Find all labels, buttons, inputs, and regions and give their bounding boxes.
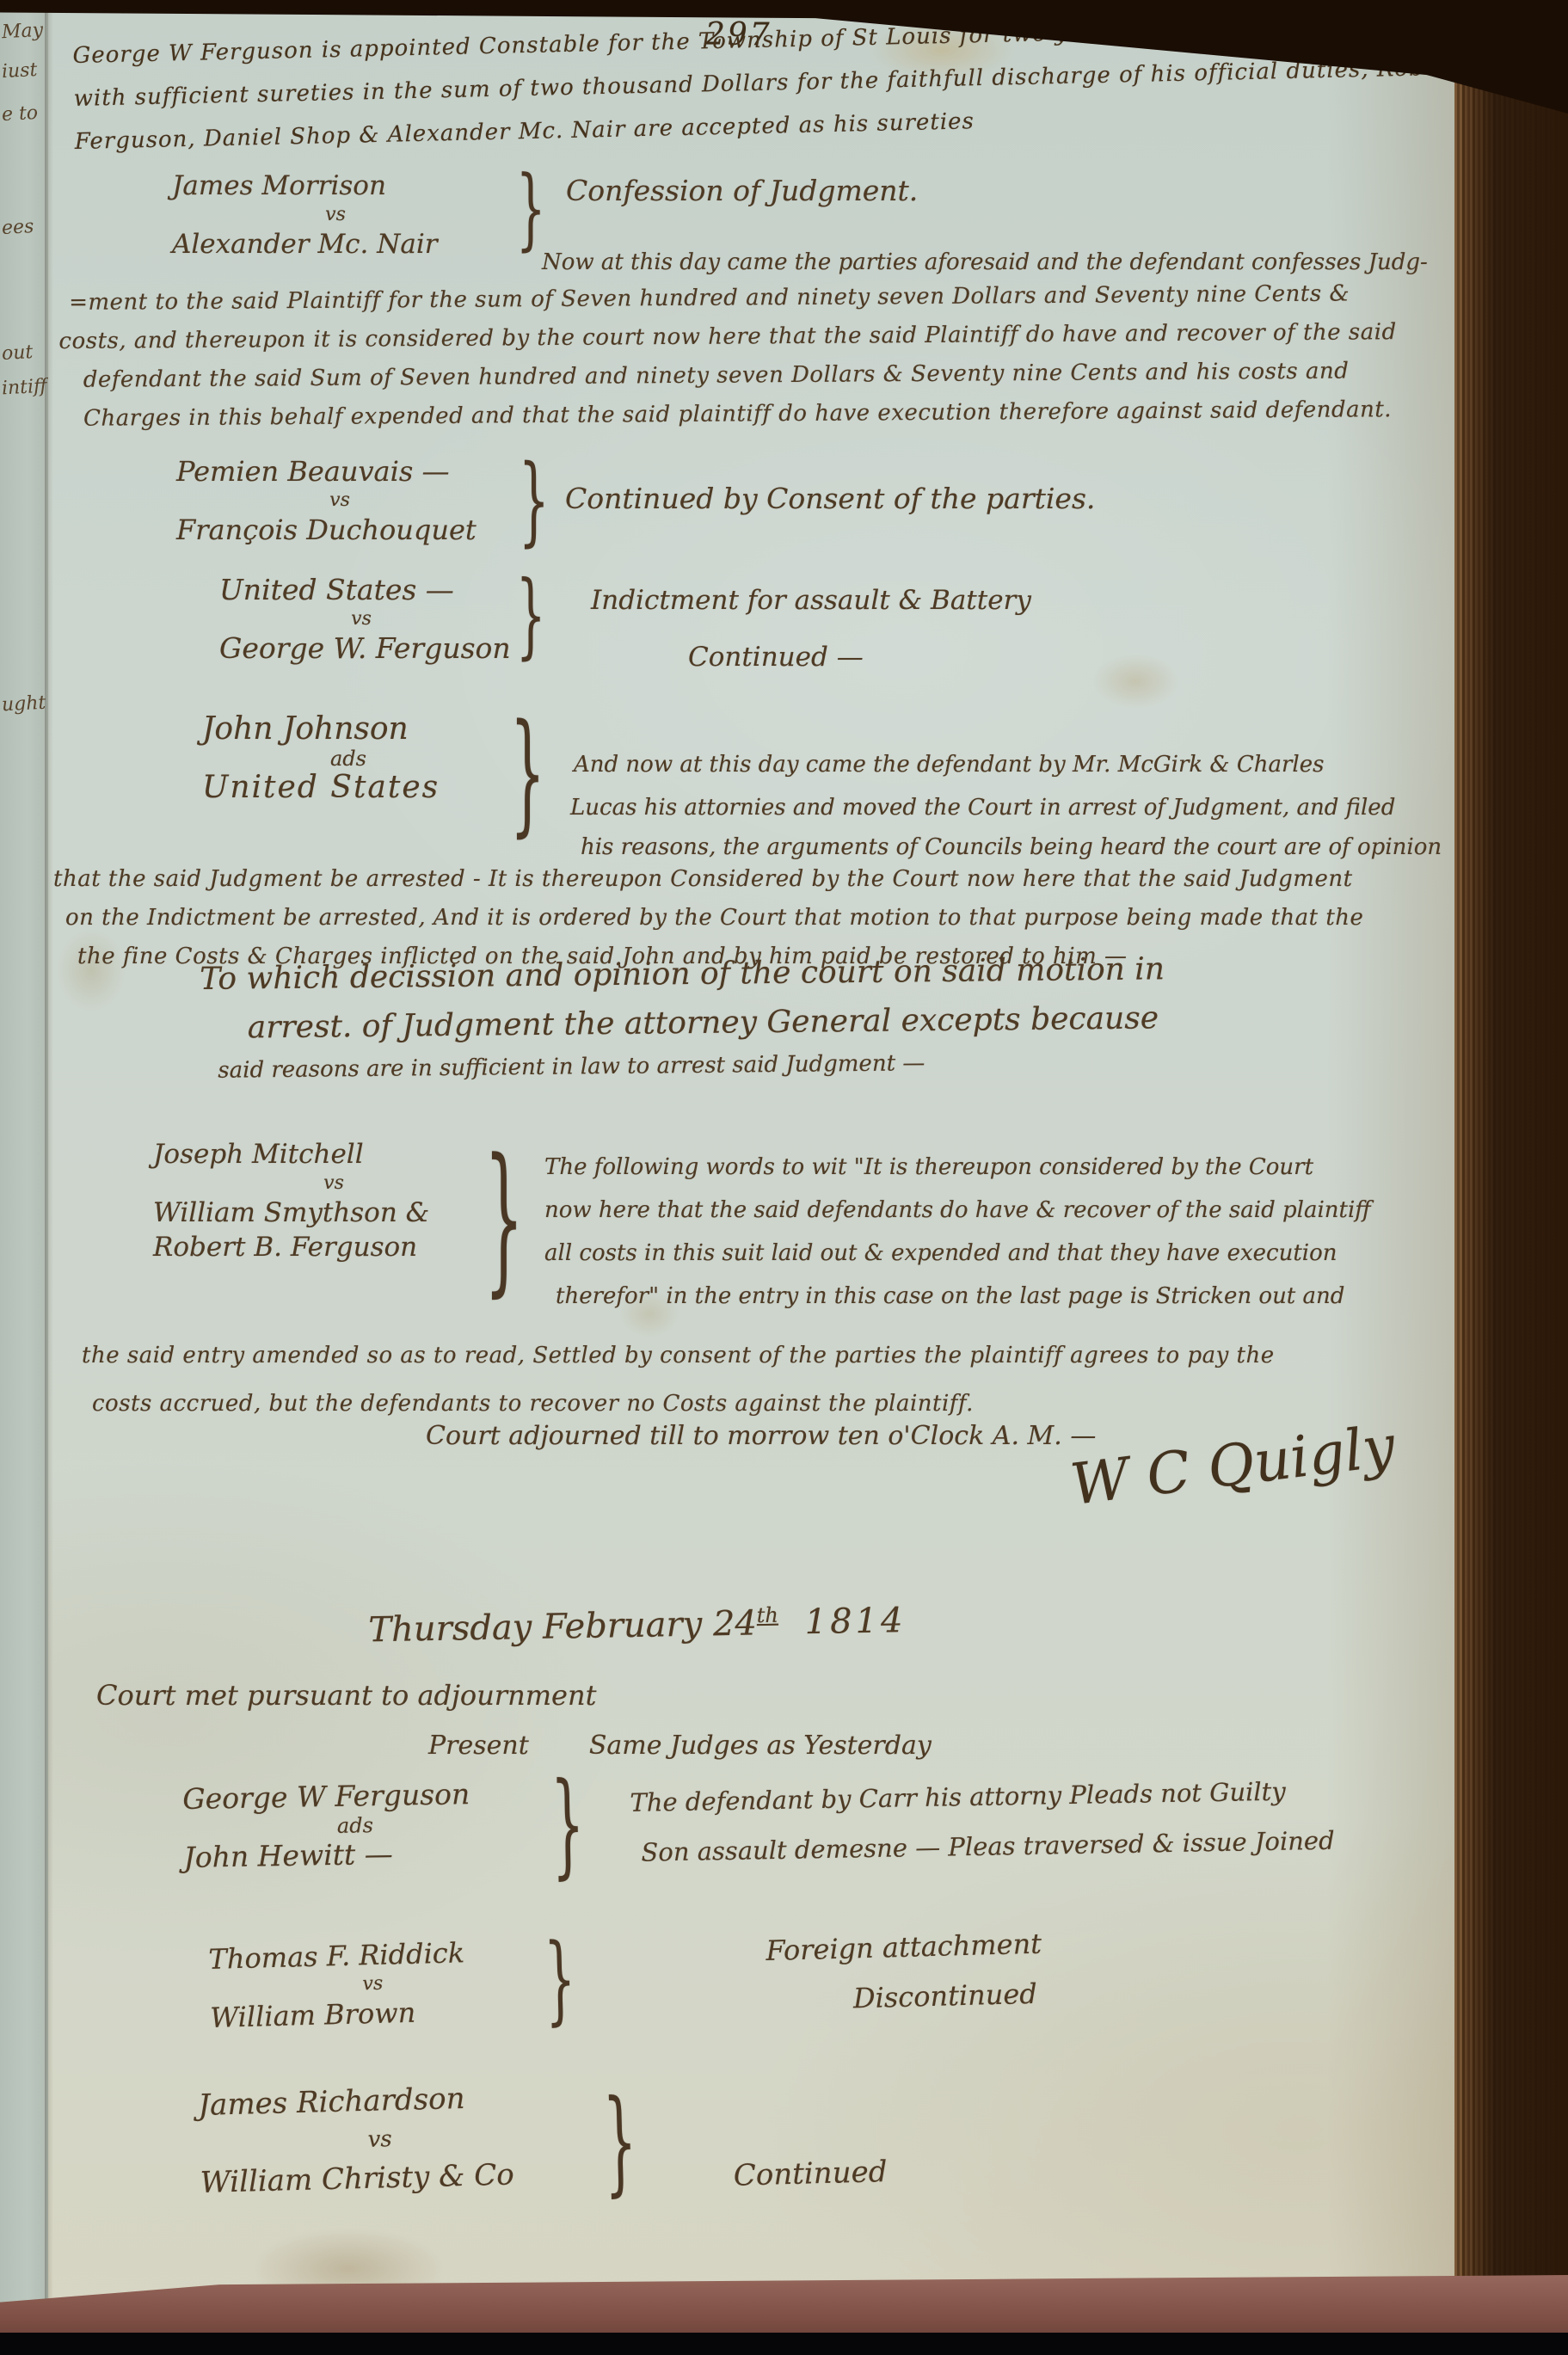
facing-page-edge: May iust e to ees out intiff ught bbox=[0, 0, 50, 2355]
margin-fragment: e to bbox=[1, 102, 38, 126]
body-line: Now at this day came the parties aforesa… bbox=[542, 249, 1428, 275]
defendant-name: François Duchouquet bbox=[176, 513, 503, 547]
body-line: Lucas his attornies and moved the Court … bbox=[570, 795, 1395, 821]
versus-label: vs bbox=[172, 203, 499, 227]
case-parties: James Morrison vs Alexander Mc. Nair bbox=[172, 169, 499, 261]
court-record-book-photo: May iust e to ees out intiff ught 297 Ge… bbox=[0, 0, 1568, 2355]
versus-label: ads bbox=[202, 747, 495, 771]
case-heading: Confession of Judgment. bbox=[566, 174, 918, 207]
case-parties: John Johnson ads United States bbox=[202, 712, 495, 805]
plaintiff-name: James Morrison bbox=[172, 169, 499, 203]
body-line: that the said Judgment be arrested - It … bbox=[53, 860, 1363, 899]
defendant-name: John Johnson bbox=[202, 712, 495, 747]
plaintiff-name: United States bbox=[202, 771, 495, 805]
defendant-name: George W. Ferguson bbox=[219, 631, 503, 666]
margin-fragment: intiff bbox=[1, 376, 47, 400]
case-parties: United States — vs George W. Ferguson bbox=[219, 573, 503, 666]
case-brace: } bbox=[602, 2086, 638, 2200]
case-parties: Thomas F. Riddick vs William Brown bbox=[208, 1934, 538, 2035]
plaintiff-name: Joseph Mitchell bbox=[153, 1137, 514, 1171]
present-judges: Same Judges as Yesterday bbox=[589, 1731, 932, 1761]
defendant-name: William Smythson & bbox=[153, 1196, 514, 1230]
case-brace: } bbox=[516, 165, 545, 254]
body-line: on the Indictment be arrested, And it is… bbox=[65, 899, 1363, 938]
case-parties: Pemien Beauvais — vs François Duchouquet bbox=[176, 454, 503, 547]
plaintiff-name: John Hewitt — bbox=[183, 1835, 528, 1875]
margin-fragment: out bbox=[1, 341, 34, 365]
case-morrison-continuation: =ment to the said Plaintiff for the sum … bbox=[58, 274, 1397, 439]
case-riddick-v-brown: Thomas F. Riddick vs William Brown } For… bbox=[208, 1934, 538, 2035]
body-line: arrest. of Judgment the attorney General… bbox=[248, 1000, 1165, 1045]
defendant-name: George W Ferguson bbox=[182, 1776, 527, 1817]
plaintiff-name: Pemien Beauvais — bbox=[176, 454, 503, 489]
case-disposition: Continued by Consent of the parties. bbox=[565, 482, 1095, 515]
margin-fragment: ees bbox=[1, 216, 34, 239]
session-date-ordinal: th bbox=[756, 1603, 778, 1627]
case-mitchell-continuation: the said entry amended so as to read, Se… bbox=[82, 1331, 1275, 1428]
case-brace: } bbox=[516, 569, 545, 662]
adjournment-line: Court adjourned till to morrow ten o'Clo… bbox=[426, 1421, 1096, 1451]
case-disposition: Continued — bbox=[688, 642, 864, 673]
exception-paragraph: To which decission and opinion of the co… bbox=[200, 951, 1165, 1084]
case-disposition: Continued bbox=[733, 2155, 888, 2193]
margin-fragment: ught bbox=[1, 692, 46, 716]
book-fore-edge bbox=[1454, 0, 1568, 2355]
page-gutter-crease bbox=[45, 0, 53, 2355]
present-line: PresentSame Judges as Yesterday bbox=[428, 1731, 932, 1761]
plaintiff-name: United States — bbox=[219, 573, 503, 607]
defendant-name: Alexander Mc. Nair bbox=[172, 227, 499, 261]
versus-label: vs bbox=[176, 489, 503, 513]
margin-fragment: iust bbox=[1, 59, 38, 83]
paper-stain bbox=[1092, 654, 1178, 709]
body-line: the said entry amended so as to read, Se… bbox=[82, 1331, 1275, 1380]
case-brace: } bbox=[544, 1933, 577, 2030]
case-brace: } bbox=[510, 709, 545, 841]
case-parties: George W Ferguson ads John Hewitt — bbox=[182, 1776, 528, 1875]
session-date-year: 1814 bbox=[804, 1601, 907, 1642]
case-heading: Indictment for assault & Battery bbox=[591, 585, 1031, 616]
body-line: his reasons, the arguments of Councils b… bbox=[581, 834, 1442, 860]
body-line: The following words to wit "It is thereu… bbox=[544, 1154, 1313, 1180]
case-beauvais-v-duchouquet: Pemien Beauvais — vs François Duchouquet… bbox=[176, 454, 503, 547]
case-us-v-ferguson: United States — vs George W. Ferguson } … bbox=[219, 573, 503, 666]
session-date-main: Thursday February 24 bbox=[368, 1603, 757, 1650]
body-line: now here that the said defendants do hav… bbox=[544, 1197, 1371, 1223]
case-parties: Joseph Mitchell vs William Smythson & Ro… bbox=[153, 1137, 514, 1264]
body-line: therefor" in the entry in this case on t… bbox=[556, 1283, 1344, 1309]
case-morrison-v-mcnair: James Morrison vs Alexander Mc. Nair } C… bbox=[172, 169, 499, 261]
case-richardson-v-christy: James Richardson vs William Christy & Co… bbox=[198, 2079, 562, 2200]
case-brace: } bbox=[550, 1768, 585, 1883]
body-line: all costs in this suit laid out & expend… bbox=[544, 1240, 1337, 1266]
case-ferguson-ads-hewitt: George W Ferguson ads John Hewitt — } Th… bbox=[182, 1776, 528, 1875]
case-parties: James Richardson vs William Christy & Co bbox=[198, 2079, 562, 2200]
case-brace: } bbox=[519, 454, 550, 550]
present-label: Present bbox=[428, 1731, 529, 1761]
case-brace: } bbox=[484, 1137, 524, 1298]
case-mitchell-v-smythson-ferguson: Joseph Mitchell vs William Smythson & Ro… bbox=[153, 1137, 514, 1264]
margin-fragment: May bbox=[1, 20, 43, 43]
body-line: And now at this day came the defendant b… bbox=[574, 752, 1324, 778]
versus-label: vs bbox=[153, 1171, 514, 1196]
court-met-line: Court met pursuant to adjournment bbox=[96, 1679, 596, 1712]
background-dark bbox=[0, 2333, 1568, 2355]
case-johnson-ads-us: John Johnson ads United States } And now… bbox=[202, 712, 495, 805]
defendant-name: Robert B. Ferguson bbox=[153, 1230, 514, 1264]
case-disposition: Discontinued bbox=[852, 1977, 1037, 2015]
versus-label: vs bbox=[219, 607, 503, 631]
